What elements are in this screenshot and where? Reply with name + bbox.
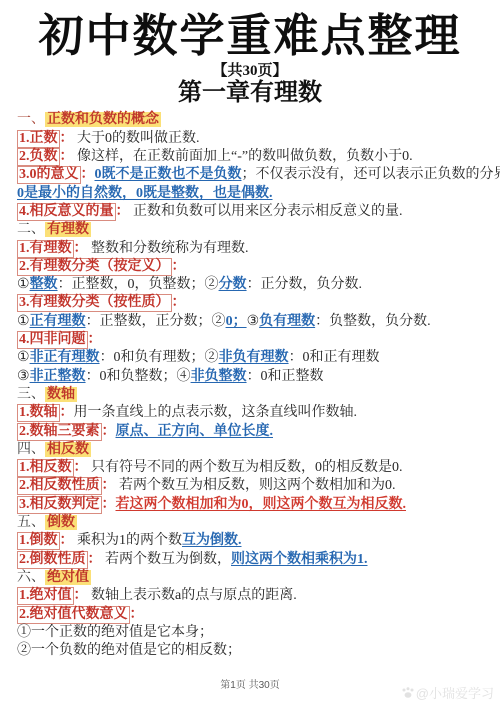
text-line: 2.数轴三要素：原点、正方向、单位长度. [17, 423, 490, 441]
document-header: 初中数学重难点整理 【共30页】 第一章有理数 [0, 0, 500, 106]
label-colon: ： [60, 149, 74, 164]
term-label-box: 1.相反数 [17, 459, 74, 477]
label-colon: ： [172, 259, 186, 274]
text-line: 1.有理数： 整数和分数统称为有理数. [17, 240, 490, 258]
key-term-blue: 则这两个数相乘积为1. [231, 552, 368, 567]
text-run: ：负整数，负分数. [315, 314, 431, 329]
text-line: 四、相反数 [17, 441, 490, 459]
text-run: 整数和分数统称为有理数. [88, 241, 249, 256]
text-line: 3.有理数分类（按性质）： [17, 294, 490, 312]
section-number: 三、 [17, 387, 45, 402]
text-run: 乘积为1的两个数 [74, 533, 183, 548]
label-colon: ： [88, 552, 102, 567]
text-line: 2.有理数分类（按定义）： [17, 258, 490, 276]
label-colon: ： [60, 131, 74, 146]
text-run: 像这样，在正数前面加上“-”的数叫做负数，负数小于0. [74, 149, 413, 164]
text-run: 大于0的数叫做正数. [74, 131, 200, 146]
term-label-box: 3.有理数分类（按性质） [17, 294, 172, 312]
text-line: 2.负数： 像这样，在正数前面加上“-”的数叫做负数，负数小于0. [17, 148, 490, 166]
label-colon: ： [81, 167, 95, 182]
text-line: 3.相反数判定：若这两个数相加和为0，则这两个数互为相反数. [17, 496, 490, 514]
term-label-box: 3.相反数判定 [17, 496, 102, 514]
text-line: 4.相反意义的量： 正数和负数可以用来区分表示相反意义的量. [17, 203, 490, 221]
section-number: 五、 [17, 515, 45, 530]
term-label-box: 1.倒数 [17, 532, 60, 550]
text-run: ：0和正整数 [247, 369, 324, 384]
text-line: ②一个负数的绝对值是它的相反数； [17, 642, 490, 660]
key-term-blue: 原点、正方向、单位长度. [116, 424, 274, 439]
key-term-blue: 正有理数 [30, 314, 86, 329]
term-label-box: 1.数轴 [17, 404, 60, 422]
page-title: 初中数学重难点整理 [0, 12, 500, 61]
text-line: ①一个正数的绝对值是它本身； [17, 624, 490, 642]
text-run: ：正整数，0，负整数；② [58, 277, 219, 292]
text-line: ③非正整数：0和负整数；④非负整数：0和正整数 [17, 368, 490, 386]
label-colon: ： [172, 295, 186, 310]
text-line: 1.数轴：用一条直线上的点表示数，这条直线叫作数轴. [17, 404, 490, 422]
key-term-blue: 非正有理数 [30, 350, 100, 365]
text-line: 2.相反数性质： 若两个数互为相反数，则这两个数相加和为0. [17, 477, 490, 495]
key-term-blue: 0； [226, 314, 247, 329]
text-line: 1.正数： 大于0的数叫做正数. [17, 130, 490, 148]
section-number: 四、 [17, 442, 45, 457]
section-number: 一、 [17, 112, 45, 127]
label-colon: ： [88, 332, 102, 347]
text-run: ：0和正有理数 [289, 350, 380, 365]
text-run: ① [17, 277, 30, 292]
section-title-highlight: 正数和负数的概念 [45, 112, 161, 127]
section-title-highlight: 绝对值 [45, 570, 91, 585]
label-colon: ： [74, 460, 88, 475]
term-label-box: 2.负数 [17, 148, 60, 166]
text-line: 五、倒数 [17, 514, 490, 532]
text-line: 0是最小的自然数，0既是整数，也是偶数. [17, 185, 490, 203]
label-colon: ： [74, 588, 88, 603]
section-number: 二、 [17, 222, 45, 237]
key-term-blue: 非负有理数 [219, 350, 289, 365]
text-run: ：正整数，正分数；② [86, 314, 226, 329]
text-run: 若两个数互为倒数， [102, 552, 232, 567]
section-title-highlight: 相反数 [45, 442, 91, 457]
text-run: 只有符号不同的两个数互为相反数，0的相反数是0. [88, 460, 403, 475]
text-run: ③ [247, 314, 260, 329]
chapter-title: 第一章有理数 [0, 80, 500, 106]
text-line: 二、有理数 [17, 221, 490, 239]
text-line: 2.倒数性质： 若两个数互为倒数，则这两个数相乘积为1. [17, 551, 490, 569]
term-label-box: 4.相反意义的量 [17, 203, 116, 221]
term-label-box: 2.相反数性质 [17, 477, 102, 495]
label-colon: ： [102, 478, 116, 493]
text-run: ；不仅表示没有，还可以表示正负数的分界； [242, 167, 500, 182]
section-title-highlight: 数轴 [45, 387, 77, 402]
paw-icon [401, 686, 415, 700]
watermark: @小瑞爱学习 [401, 683, 494, 702]
text-line: ①非正有理数：0和负有理数；②非负有理数：0和正有理数 [17, 349, 490, 367]
section-title-highlight: 倒数 [45, 515, 77, 530]
text-run: ：正分数，负分数. [247, 277, 363, 292]
watermark-text: @小瑞爱学习 [416, 683, 494, 702]
key-term-blue: 互为倒数. [182, 533, 242, 548]
text-run: ① [17, 314, 30, 329]
text-line: 1.倒数： 乘积为1的两个数互为倒数. [17, 532, 490, 550]
text-run: ③ [17, 369, 30, 384]
label-colon: ： [74, 241, 88, 256]
key-term-blue: 0是最小的自然数，0既是整数，也是偶数. [17, 186, 273, 201]
text-line: 三、数轴 [17, 386, 490, 404]
text-run: ① [17, 350, 30, 365]
total-pages-note: 【共30页】 [0, 63, 500, 80]
text-run: ①一个正数的绝对值是它本身； [17, 625, 213, 640]
document-lines: 一、正数和负数的概念1.正数： 大于0的数叫做正数.2.负数： 像这样，在正数前… [0, 106, 500, 660]
text-run: 用一条直线上的点表示数，这条直线叫作数轴. [74, 405, 358, 420]
key-term-blue: 整数 [30, 277, 58, 292]
term-label-box: 1.绝对值 [17, 587, 74, 605]
term-label-box: 2.绝对值代数意义 [17, 606, 130, 624]
text-run: ：0和负有理数；② [100, 350, 219, 365]
text-line: 1.绝对值： 数轴上表示数a的点与原点的距离. [17, 587, 490, 605]
term-label-box: 2.有理数分类（按定义） [17, 258, 172, 276]
section-number: 六、 [17, 570, 45, 585]
term-label-box: 1.有理数 [17, 240, 74, 258]
text-line: 1.相反数： 只有符号不同的两个数互为相反数，0的相反数是0. [17, 459, 490, 477]
text-line: ①整数：正整数，0，负整数；②分数：正分数，负分数. [17, 276, 490, 294]
text-line: 2.绝对值代数意义： [17, 606, 490, 624]
label-colon: ： [102, 424, 116, 439]
term-label-box: 3.0的意义 [17, 166, 81, 184]
text-run: ：0和负整数；④ [86, 369, 191, 384]
section-title-highlight: 有理数 [45, 222, 91, 237]
key-term-blue: 非负整数 [191, 369, 247, 384]
text-run: ②一个负数的绝对值是它的相反数； [17, 643, 241, 658]
document-page: { "header": { "title": "初中数学重难点整理", "pag… [0, 0, 500, 707]
text-line: 一、正数和负数的概念 [17, 111, 490, 129]
text-run: 若两个数互为相反数，则这两个数相加和为0. [116, 478, 396, 493]
term-label-box: 2.数轴三要素 [17, 423, 102, 441]
term-label-box: 1.正数 [17, 130, 60, 148]
key-term-blue: 0既不是正数也不是负数 [95, 167, 242, 182]
term-label-box: 2.倒数性质 [17, 551, 88, 569]
key-term-blue: 负有理数 [259, 314, 315, 329]
text-run: 正数和负数可以用来区分表示相反意义的量. [130, 204, 403, 219]
key-term-blue: 非正整数 [30, 369, 86, 384]
label-colon: ： [130, 607, 144, 622]
key-point-red: 若这两个数相加和为0，则这两个数互为相反数. [116, 497, 407, 512]
label-colon: ： [60, 533, 74, 548]
text-line: 3.0的意义：0既不是正数也不是负数；不仅表示没有，还可以表示正负数的分界； [17, 166, 490, 184]
text-run: 数轴上表示数a的点与原点的距离. [88, 588, 297, 603]
label-colon: ： [102, 497, 116, 512]
text-line: 4.四非问题： [17, 331, 490, 349]
label-colon: ： [116, 204, 130, 219]
text-line: 六、绝对值 [17, 569, 490, 587]
text-line: ①正有理数：正整数，正分数；②0；③负有理数：负整数，负分数. [17, 313, 490, 331]
key-term-blue: 分数 [219, 277, 247, 292]
label-colon: ： [60, 405, 74, 420]
term-label-box: 4.四非问题 [17, 331, 88, 349]
